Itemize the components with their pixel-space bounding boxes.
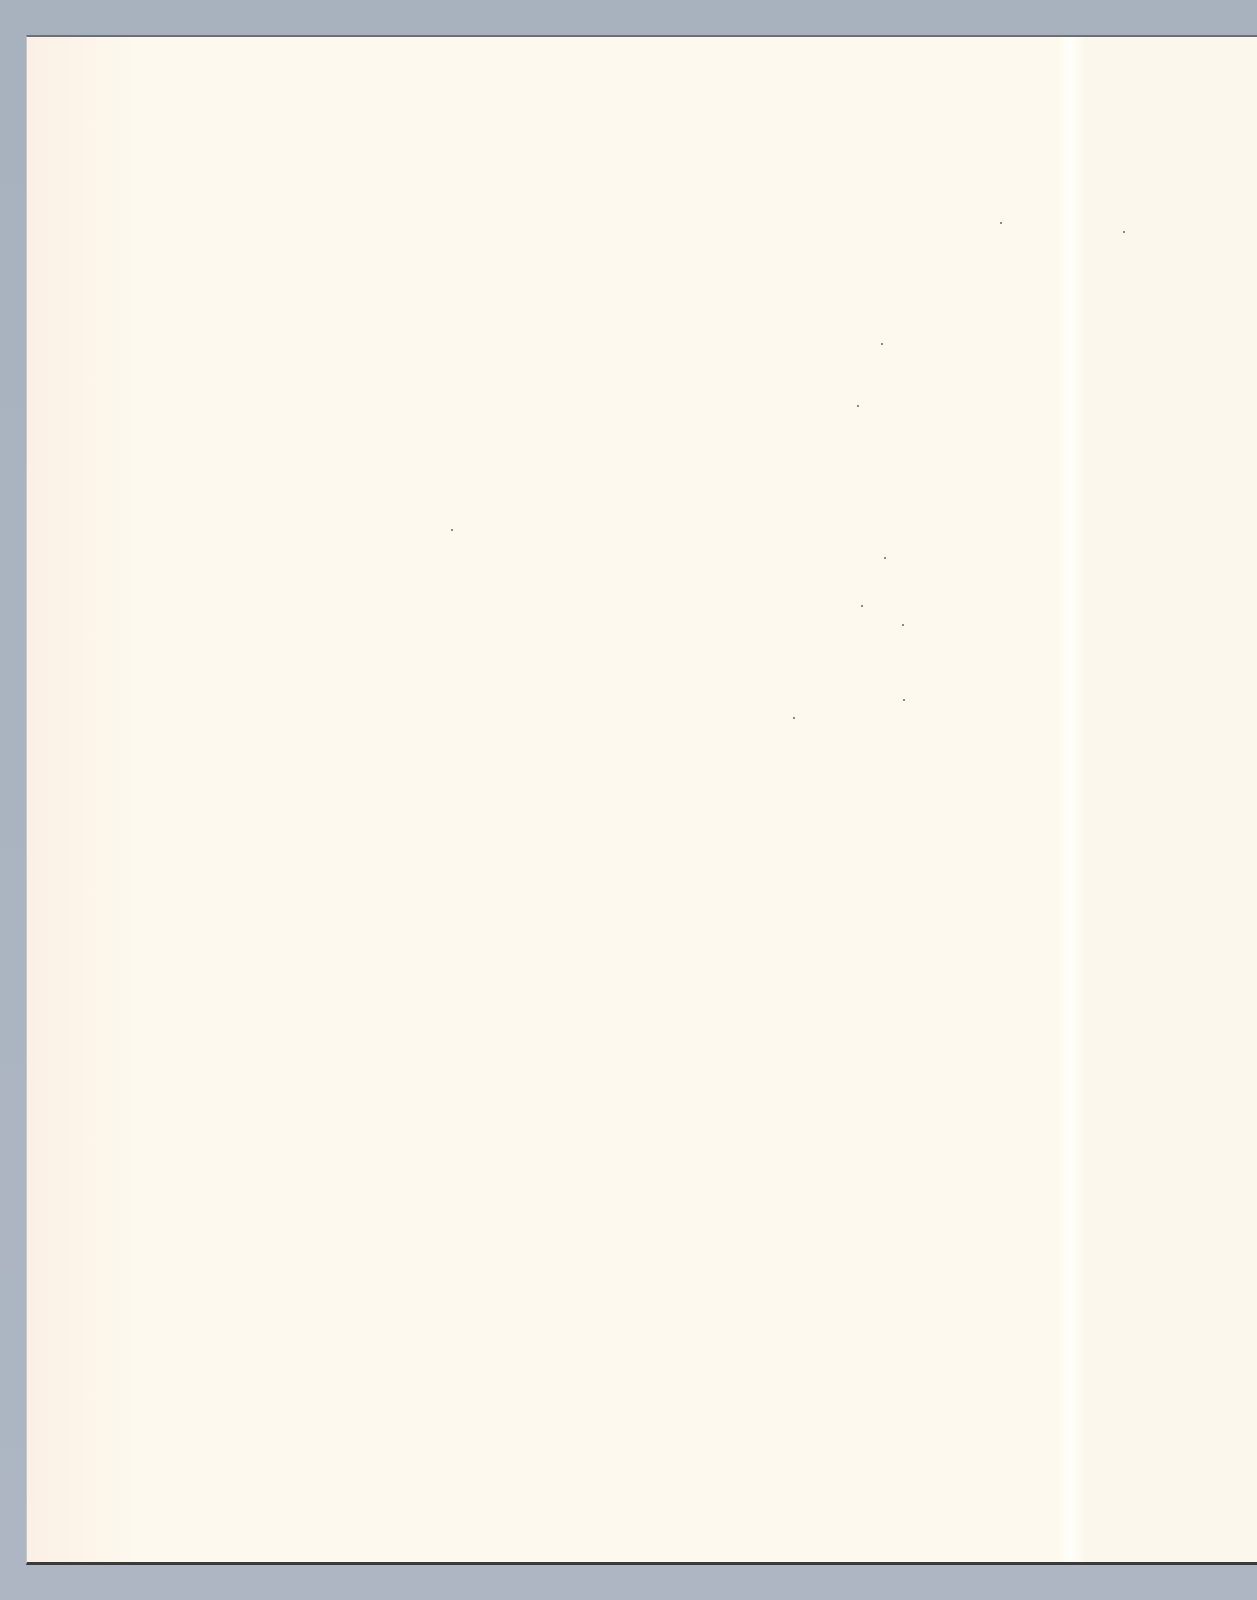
paper-speck [451, 529, 453, 531]
paper-speck [861, 605, 863, 607]
paper-speck [902, 624, 904, 626]
paper-speck [903, 699, 905, 701]
paper-speck [793, 717, 795, 719]
bleed-through-text-top [45, 57, 105, 207]
paper-right-panel [1083, 37, 1257, 1562]
paper-speck [857, 405, 859, 407]
paper-speck [884, 557, 886, 559]
paper-speck [881, 343, 883, 345]
blank-paper-page [26, 35, 1257, 1565]
bleed-through-text-middle [45, 597, 105, 1017]
paper-fold-band [1057, 37, 1083, 1562]
paper-speck [1123, 231, 1125, 233]
paper-speck [1000, 222, 1002, 224]
